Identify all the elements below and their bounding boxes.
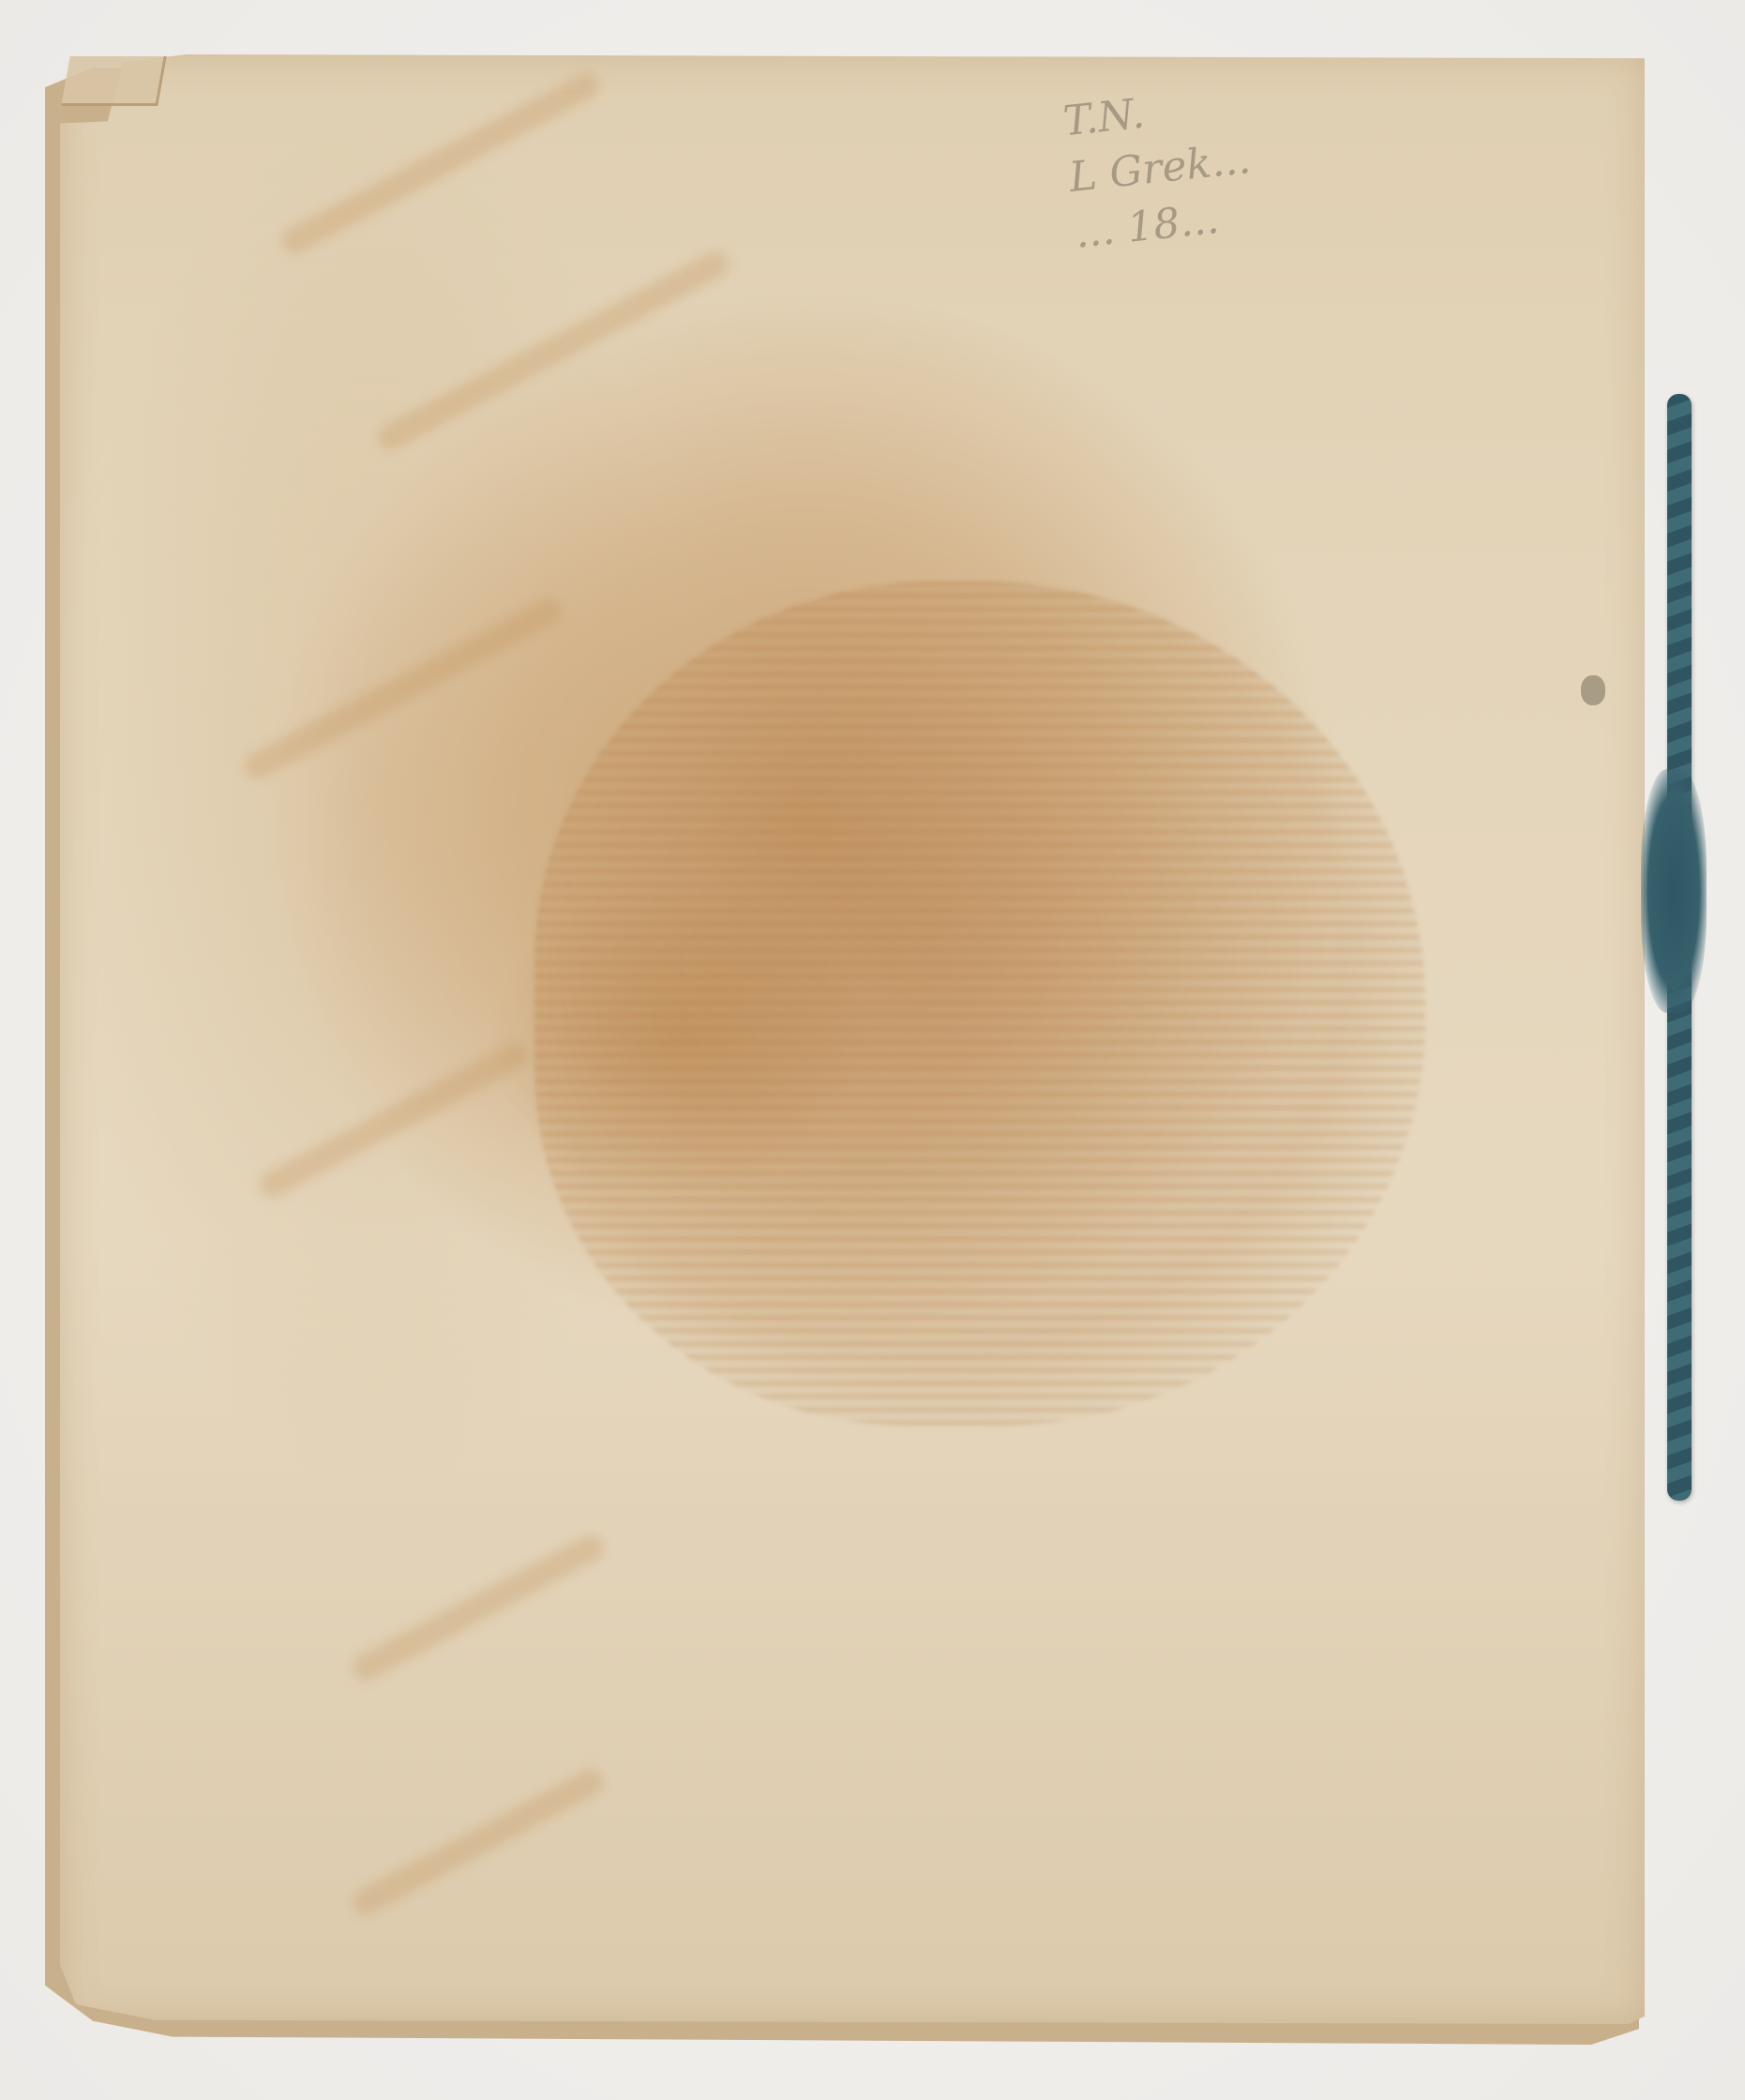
pencil-inscription: T.N. L Grek... ... 18... [1061,75,1259,262]
stain-spot [1581,675,1605,705]
binding-cord-knot [1641,769,1707,1013]
water-stain [534,582,1425,1426]
torn-corner [61,56,166,106]
